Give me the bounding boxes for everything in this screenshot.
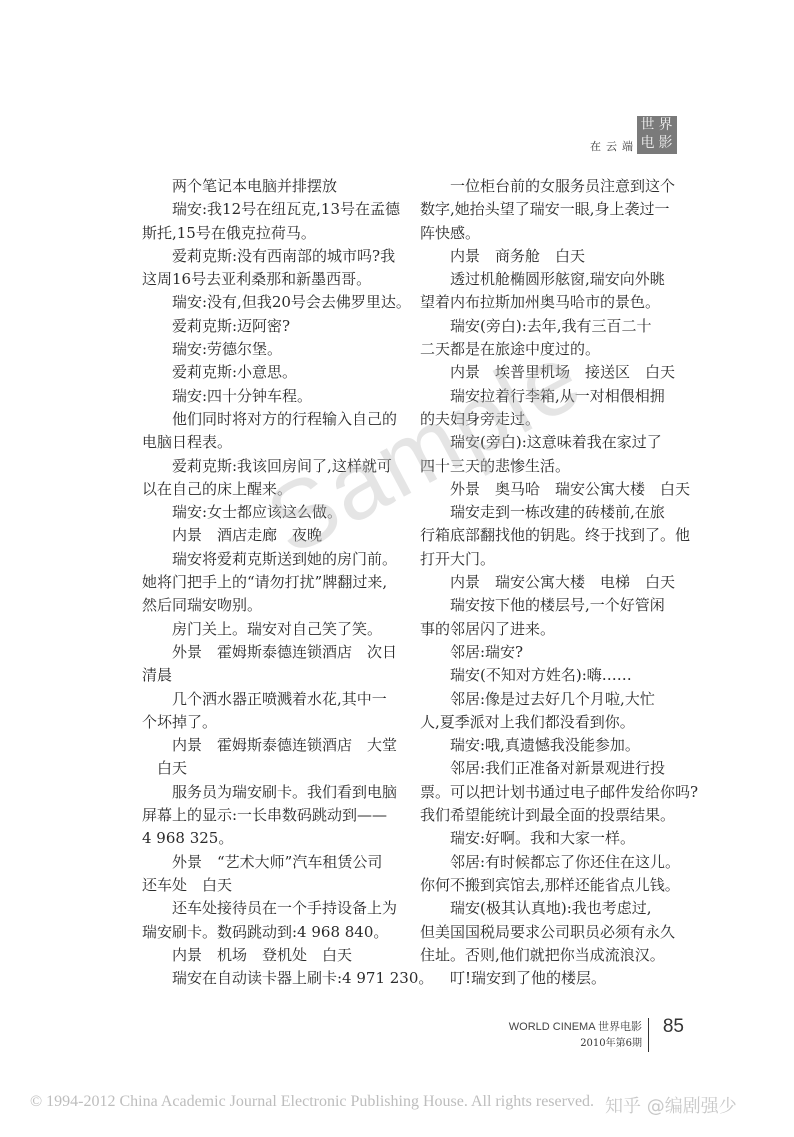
text-line: 爱莉克斯:我该回房间了,这样就可 [142, 455, 402, 478]
text-line: 瑞安在自动读卡器上刷卡:4 971 230。 [142, 967, 402, 990]
text-line: 邻居:像是过去好几个月啦,大忙 [420, 688, 680, 711]
page-number: 85 [663, 1016, 684, 1038]
text-line: 屏幕上的显示:一长串数码跳动到—— [142, 804, 402, 827]
text-line: 瑞安(旁白):去年,我有三百二十 [420, 315, 680, 338]
text-line: 内景 埃普里机场 接送区 白天 [420, 361, 680, 384]
text-line: 爱莉克斯:没有西南部的城市吗?我 [142, 245, 402, 268]
text-line: 外景 霍姆斯泰德连锁酒店 次日 [142, 641, 402, 664]
section-title: 在云端 [590, 138, 638, 154]
text-line: 内景 酒店走廊 夜晚 [142, 524, 402, 547]
text-line: 内景 霍姆斯泰德连锁酒店 大堂 [142, 734, 402, 757]
text-line: 瑞安:没有,但我20号会去佛罗里达。 [142, 291, 402, 314]
text-line: 瑞安(极其认真地):我也考虑过, [420, 897, 680, 920]
text-line: 我们希望能统计到最全面的投票结果。 [420, 804, 680, 827]
text-line: 服务员为瑞安刷卡。我们看到电脑 [142, 781, 402, 804]
text-line: 这周16号去亚利桑那和新墨西哥。 [142, 268, 402, 291]
text-line: 透过机舱椭圆形舷窗,瑞安向外眺 [420, 268, 680, 291]
text-line: 斯托,15号在俄克拉荷马。 [142, 222, 402, 245]
text-line: 事的邻居闪了进来。 [420, 618, 680, 641]
right-column: 一位柜台前的女服务员注意到这个数字,她抬头望了瑞安一眼,身上袭过一阵快感。内景 … [420, 175, 680, 990]
text-line: 清晨 [142, 664, 402, 687]
text-line: 几个洒水器正喷溅着水花,其中一 [142, 688, 402, 711]
text-line: 票。可以把计划书通过电子邮件发给你吗? [420, 781, 680, 804]
text-line: 爱莉克斯:迈阿密? [142, 315, 402, 338]
text-line: 瑞安:哦,真遗憾我没能参加。 [420, 734, 680, 757]
text-line: 瑞安按下他的楼层号,一个好管闲 [420, 594, 680, 617]
text-line: 瑞安:好啊。我和大家一样。 [420, 827, 680, 850]
text-line: 外景 “艺术大师”汽车租赁公司 [142, 851, 402, 874]
text-line: 打开大门。 [420, 548, 680, 571]
text-line: 他们同时将对方的行程输入自己的 [142, 408, 402, 431]
journal-name: WORLD CINEMA 世界电影 [509, 1018, 642, 1034]
text-line: 还车处 白天 [142, 874, 402, 897]
text-line: 瑞安刷卡。数码跳动到:4 968 840。 [142, 921, 402, 944]
text-line: 4 968 325。 [142, 827, 402, 850]
text-line: 内景 瑞安公寓大楼 电梯 白天 [420, 571, 680, 594]
text-line: 她将门把手上的“请勿打扰”牌翻过来, [142, 571, 402, 594]
text-line: 二天都是在旅途中度过的。 [420, 338, 680, 361]
text-line: 住址。否则,他们就把你当成流浪汉。 [420, 944, 680, 967]
text-line: 你何不搬到宾馆去,那样还能省点儿钱。 [420, 874, 680, 897]
text-line: 白天 [142, 757, 402, 780]
text-line: 瑞安拉着行李箱,从一对相偎相拥 [420, 385, 680, 408]
text-line: 瑞安:女士都应该这么做。 [142, 501, 402, 524]
text-line: 邻居:我们正准备对新景观进行投 [420, 757, 680, 780]
text-line: 行箱底部翻找他的钥匙。终于找到了。他 [420, 524, 680, 547]
logo-line-2: 电影 [640, 134, 677, 152]
copyright-notice: © 1994-2012 China Academic Journal Elect… [30, 1093, 594, 1111]
text-line: 瑞安(旁白):这意味着我在家过了 [420, 431, 680, 454]
journal-logo: 世界 电影 [637, 116, 677, 154]
text-line: 爱莉克斯:小意思。 [142, 361, 402, 384]
page-footer: WORLD CINEMA 世界电影 2010年第6期 85 [520, 1018, 690, 1058]
issue-label: 2010年第6期 [580, 1034, 642, 1049]
text-line: 阵快感。 [420, 222, 680, 245]
text-line: 个坏掉了。 [142, 711, 402, 734]
source-watermark: 知乎 @编剧强少 [605, 1092, 737, 1118]
text-line: 人,夏季派对上我们都没看到你。 [420, 711, 680, 734]
text-line: 瑞安:劳德尔堡。 [142, 338, 402, 361]
text-line: 的夫妇身旁走过。 [420, 408, 680, 431]
text-line: 邻居:有时候都忘了你还住在这儿。 [420, 851, 680, 874]
text-line: 瑞安走到一栋改建的砖楼前,在旅 [420, 501, 680, 524]
text-line: 瑞安将爱莉克斯送到她的房门前。 [142, 548, 402, 571]
text-line: 然后同瑞安吻别。 [142, 594, 402, 617]
text-line: 以在自己的床上醒来。 [142, 478, 402, 501]
text-line: 数字,她抬头望了瑞安一眼,身上袭过一 [420, 198, 680, 221]
text-line: 房门关上。瑞安对自己笑了笑。 [142, 618, 402, 641]
text-line: 还车处接待员在一个手持设备上为 [142, 897, 402, 920]
text-line: 叮!瑞安到了他的楼层。 [420, 967, 680, 990]
text-line: 两个笔记本电脑并排摆放 [142, 175, 402, 198]
text-line: 瑞安:我12号在纽瓦克,13号在孟德 [142, 198, 402, 221]
text-line: 望着内布拉斯加州奥马哈市的景色。 [420, 291, 680, 314]
left-column: 两个笔记本电脑并排摆放瑞安:我12号在纽瓦克,13号在孟德斯托,15号在俄克拉荷… [142, 175, 402, 990]
text-line: 一位柜台前的女服务员注意到这个 [420, 175, 680, 198]
text-line: 四十三天的悲惨生活。 [420, 455, 680, 478]
text-line: 外景 奥马哈 瑞安公寓大楼 白天 [420, 478, 680, 501]
text-line: 瑞安(不知对方姓名):嗨…… [420, 664, 680, 687]
text-line: 内景 商务舱 白天 [420, 245, 680, 268]
text-line: 瑞安:四十分钟车程。 [142, 385, 402, 408]
text-line: 但美国国税局要求公司职员必须有永久 [420, 921, 680, 944]
logo-line-1: 世界 [640, 116, 677, 134]
footer-divider [648, 1018, 649, 1052]
text-line: 电脑日程表。 [142, 431, 402, 454]
text-line: 内景 机场 登机处 白天 [142, 944, 402, 967]
text-line: 邻居:瑞安? [420, 641, 680, 664]
